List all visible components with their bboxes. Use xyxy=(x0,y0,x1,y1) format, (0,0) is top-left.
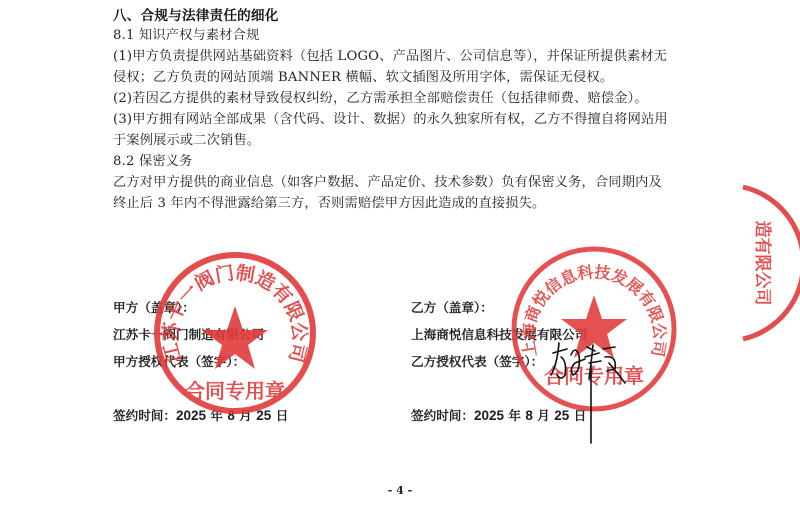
date-month: 8 xyxy=(227,408,235,423)
date-label: 签约时间： xyxy=(113,408,176,423)
handwritten-signature xyxy=(545,335,635,445)
party-a-rep-label: 甲方授权代表（签字）： xyxy=(113,353,245,371)
date-year-unit: 年 xyxy=(210,408,223,423)
section-title: 八、合规与法律责任的细化 xyxy=(113,6,279,26)
date-day: 25 xyxy=(554,408,569,423)
date-day: 25 xyxy=(256,408,271,423)
date-label: 签约时间： xyxy=(411,408,474,423)
clause-line: (1)甲方负责提供网站基础资料（包括 LOGO、产品图片、公司信息等），并保证所… xyxy=(113,47,667,67)
date-month-unit: 月 xyxy=(239,408,252,423)
clause-line: (3)甲方拥有网站全部成果（含代码、设计、数据）的永久独家所有权，乙方不得擅自将… xyxy=(113,110,668,130)
date-year-unit: 年 xyxy=(508,408,521,423)
date-month: 8 xyxy=(525,408,533,423)
clause-line: 乙方对甲方提供的商业信息（如客户数据、产品定价、技术参数）负有保密义务，合同期内… xyxy=(113,173,662,193)
date-day-unit: 日 xyxy=(574,408,587,423)
date-month-unit: 月 xyxy=(537,408,550,423)
subsection-title-8-1: 8.1 知识产权与素材合规 xyxy=(113,26,259,46)
party-b-sign-date: 签约时间：2025 年 8 月 25 日 xyxy=(411,407,586,425)
seal-bottom-text: 合同专用章 xyxy=(185,379,285,403)
contract-page: 八、合规与法律责任的细化 8.1 知识产权与素材合规 (1)甲方负责提供网站基础… xyxy=(0,0,800,510)
page-number: - 4 - xyxy=(0,484,800,497)
party-a-company: 江苏卡一阀门制造有限公司 xyxy=(113,326,264,344)
clause-line: 终止后 3 年内不得泄露给第三方，否则需赔偿甲方因此造成的直接损失。 xyxy=(113,194,545,214)
edge-partial-seal: 造有限公司 xyxy=(735,183,800,343)
clause-line: (2)若因乙方提供的素材导致侵权纠纷，乙方需承担全部赔偿责任（包括律师费、赔偿金… xyxy=(113,89,648,109)
party-b-seal-label: 乙方（盖章）： xyxy=(411,299,493,317)
party-a-sign-date: 签约时间：2025 年 8 月 25 日 xyxy=(113,407,288,425)
seal-bottom-text: 合同专用章 xyxy=(544,364,644,388)
seal-ring-text: 造有限公司 xyxy=(752,221,773,306)
party-b-rep-label: 乙方授权代表（签字）： xyxy=(411,353,543,371)
date-day-unit: 日 xyxy=(276,408,289,423)
clause-line: 侵权；乙方负责的网站顶端 BANNER 横幅、软文插图及所用字体，需保证无侵权。 xyxy=(113,68,613,88)
clause-line: 于案例展示或二次销售。 xyxy=(113,131,260,151)
party-b-company: 上海商悦信息科技发展有限公司 xyxy=(411,326,587,344)
date-year: 2025 xyxy=(176,408,206,423)
subsection-title-8-2: 8.2 保密义务 xyxy=(113,152,193,172)
date-year: 2025 xyxy=(474,408,504,423)
party-a-seal-label: 甲方（盖章）： xyxy=(113,299,195,317)
